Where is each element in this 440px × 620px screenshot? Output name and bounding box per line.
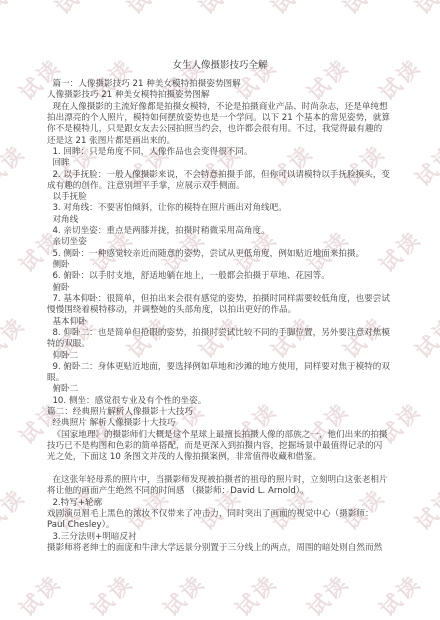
text-line: 3.三分法则+明暗反衬 <box>47 532 397 543</box>
watermark-text: 试读 <box>0 309 32 364</box>
watermark-text: 试读 <box>192 0 247 21</box>
document-body: 篇一：人像摄影技巧 21 种美女模特拍摄姿势图解 人像摄影技巧 21 种美女模特… <box>47 79 397 554</box>
watermark-text: 试读 <box>0 481 32 536</box>
watermark-text: 试读 <box>84 567 139 620</box>
watermark-text: 试读 <box>300 567 355 620</box>
text-line: 基本仰卧 <box>47 317 397 328</box>
watermark-text: 试读 <box>12 567 67 620</box>
text-line: 5. 侧卧：一种感觉较亲近而随意的姿势，尝试从更低角度，例如贴近地面来拍摄。 <box>47 249 397 260</box>
document-page: 试读试读试读试读试读试读试读试读试读试读试读试读试读试读试读试读试读试读试读试读… <box>0 0 440 620</box>
text-line: 3. 对角线：不要害怕倾斜，让你的模特在照片画出对角线吧。 <box>47 203 397 214</box>
watermark-text: 试读 <box>372 567 427 620</box>
text-line: 技巧已不是构图和色彩的简单搭配，而是更深入到拍摄内容，挖掘场景中最值得记录的闪 <box>47 441 397 452</box>
text-line: 俯卧 <box>47 283 397 294</box>
page-title: 女生人像摄影技巧全解 <box>0 57 440 71</box>
text-line: 9. 俯卧二：身体更贴近地面，要选择例如草地和沙滩的地方使用，同样要对焦于模特的… <box>47 362 397 373</box>
text-line: 在这张年轻母系的照片中，当摄影师发现被拍摄者的祖母的照片时，立刻明白这张老相片 <box>47 475 397 486</box>
text-line: 戏剧演员眉毛上黑色的浓妆不仅带来了冲击力，同时突出了画面的视觉中心（摄影师： <box>47 509 397 520</box>
text-line: 你不是模特儿，只是跟女友去公园拍照当约会，也许都会很有用。不过，我觉得最有趣的 <box>47 124 397 135</box>
watermark-text: 试读 <box>120 0 175 21</box>
text-line: 篇一：人像摄影技巧 21 种美女模特拍摄姿势图解 <box>47 79 397 90</box>
watermark-text: 试读 <box>408 309 440 364</box>
text-line: 经典照片 解析人像摄影十大技巧 <box>47 418 397 429</box>
text-line: 篇二：经典照片解析人像摄影十大技巧 <box>47 407 397 418</box>
text-line: Paul Chesley）。 <box>47 520 397 531</box>
text-line <box>47 464 397 475</box>
text-line: 现在人像摄影的主流好像都是拍摄女模特，不论是拍摄商业产品、时尚杂志，还是单纯想 <box>47 102 397 113</box>
watermark-text: 试读 <box>408 0 440 21</box>
text-line: 1. 回眸：只是角度不同，人像作品也会变得很不同。 <box>47 147 397 158</box>
text-line: 摄影师将老绅士的面庞和牛津大学远景分别置于三分线上的两点，周围的暗处则自然而然 <box>47 543 397 554</box>
text-line: 成有趣的创作。注意别坦平手掌，应展示双手侧面。 <box>47 181 397 192</box>
text-line: 10. 侧坐：感觉很专业及有个性的坐姿。 <box>47 396 397 407</box>
text-line: 6. 俯卧：以手肘支地，舒适地躺在地上，一般都会拍摄于草地、花园等。 <box>47 271 397 282</box>
text-line: 亲切坐姿 <box>47 237 397 248</box>
watermark-text: 试读 <box>48 0 103 21</box>
watermark-text: 试读 <box>228 567 283 620</box>
text-line: 仰卧二 <box>47 351 397 362</box>
watermark-text: 试读 <box>156 567 211 620</box>
text-line: 俯卧二 <box>47 384 397 395</box>
text-line: 以手抚脸 <box>47 192 397 203</box>
text-line: 8. 仰卧二：也是简单但抢眼的姿势，拍摄时尝试比较不同的手脚位置，另外要注意对焦… <box>47 328 397 339</box>
text-line: 回眸 <box>47 158 397 169</box>
watermark-text: 试读 <box>0 137 32 192</box>
text-line: 2. 以手抚脸：一般人像摄影来说，不会特意拍摄手部，但你可以请模特以手抚脸摸头，… <box>47 170 397 181</box>
text-line: 眼。 <box>47 373 397 384</box>
text-line: 人像摄影技巧 21 种美女模特拍摄姿势图解 <box>47 90 397 101</box>
text-line: 拍出漂亮的个人照片，模特如何摆放姿势也是一个学问。以下 21 个基本的常见姿势，… <box>47 113 397 124</box>
text-line: 慢慢围绕着模特移动，并调整她的头部角度，以拍出更好的作品。 <box>47 305 397 316</box>
text-line: 4. 亲切坐姿：重点是两膝并拢，拍摄时稍微采用高角度。 <box>47 226 397 237</box>
text-line: 2.特写+轮廓 <box>47 498 397 509</box>
text-line: 光之处，下面这 10 条图文并茂的人像拍摄案例，非常值得收藏和借鉴。 <box>47 452 397 463</box>
watermark-text: 试读 <box>0 0 32 21</box>
watermark-text: 试读 <box>336 0 391 21</box>
text-line: 7. 基本仰卧：很简单，但拍出来会很有感觉的姿势，拍摄时同样需要较低角度，也要尝… <box>47 294 397 305</box>
watermark-text: 试读 <box>408 137 440 192</box>
watermark-text: 试读 <box>264 0 319 21</box>
text-line: 将让他的画面产生绝然不同的时间感 （摄影师：David L. Arnold）。 <box>47 486 397 497</box>
text-line: 还是这 21 张图片都是画出来的。 <box>47 136 397 147</box>
text-line: 《国家地理》的摄影师们大概是这个星球上最擅长拍摄人像的部族之一，他们出来的拍摄 <box>47 430 397 441</box>
text-line: 特的双眼。 <box>47 339 397 350</box>
text-line: 侧卧 <box>47 260 397 271</box>
text-line: 对角线 <box>47 215 397 226</box>
watermark-text: 试读 <box>408 481 440 536</box>
